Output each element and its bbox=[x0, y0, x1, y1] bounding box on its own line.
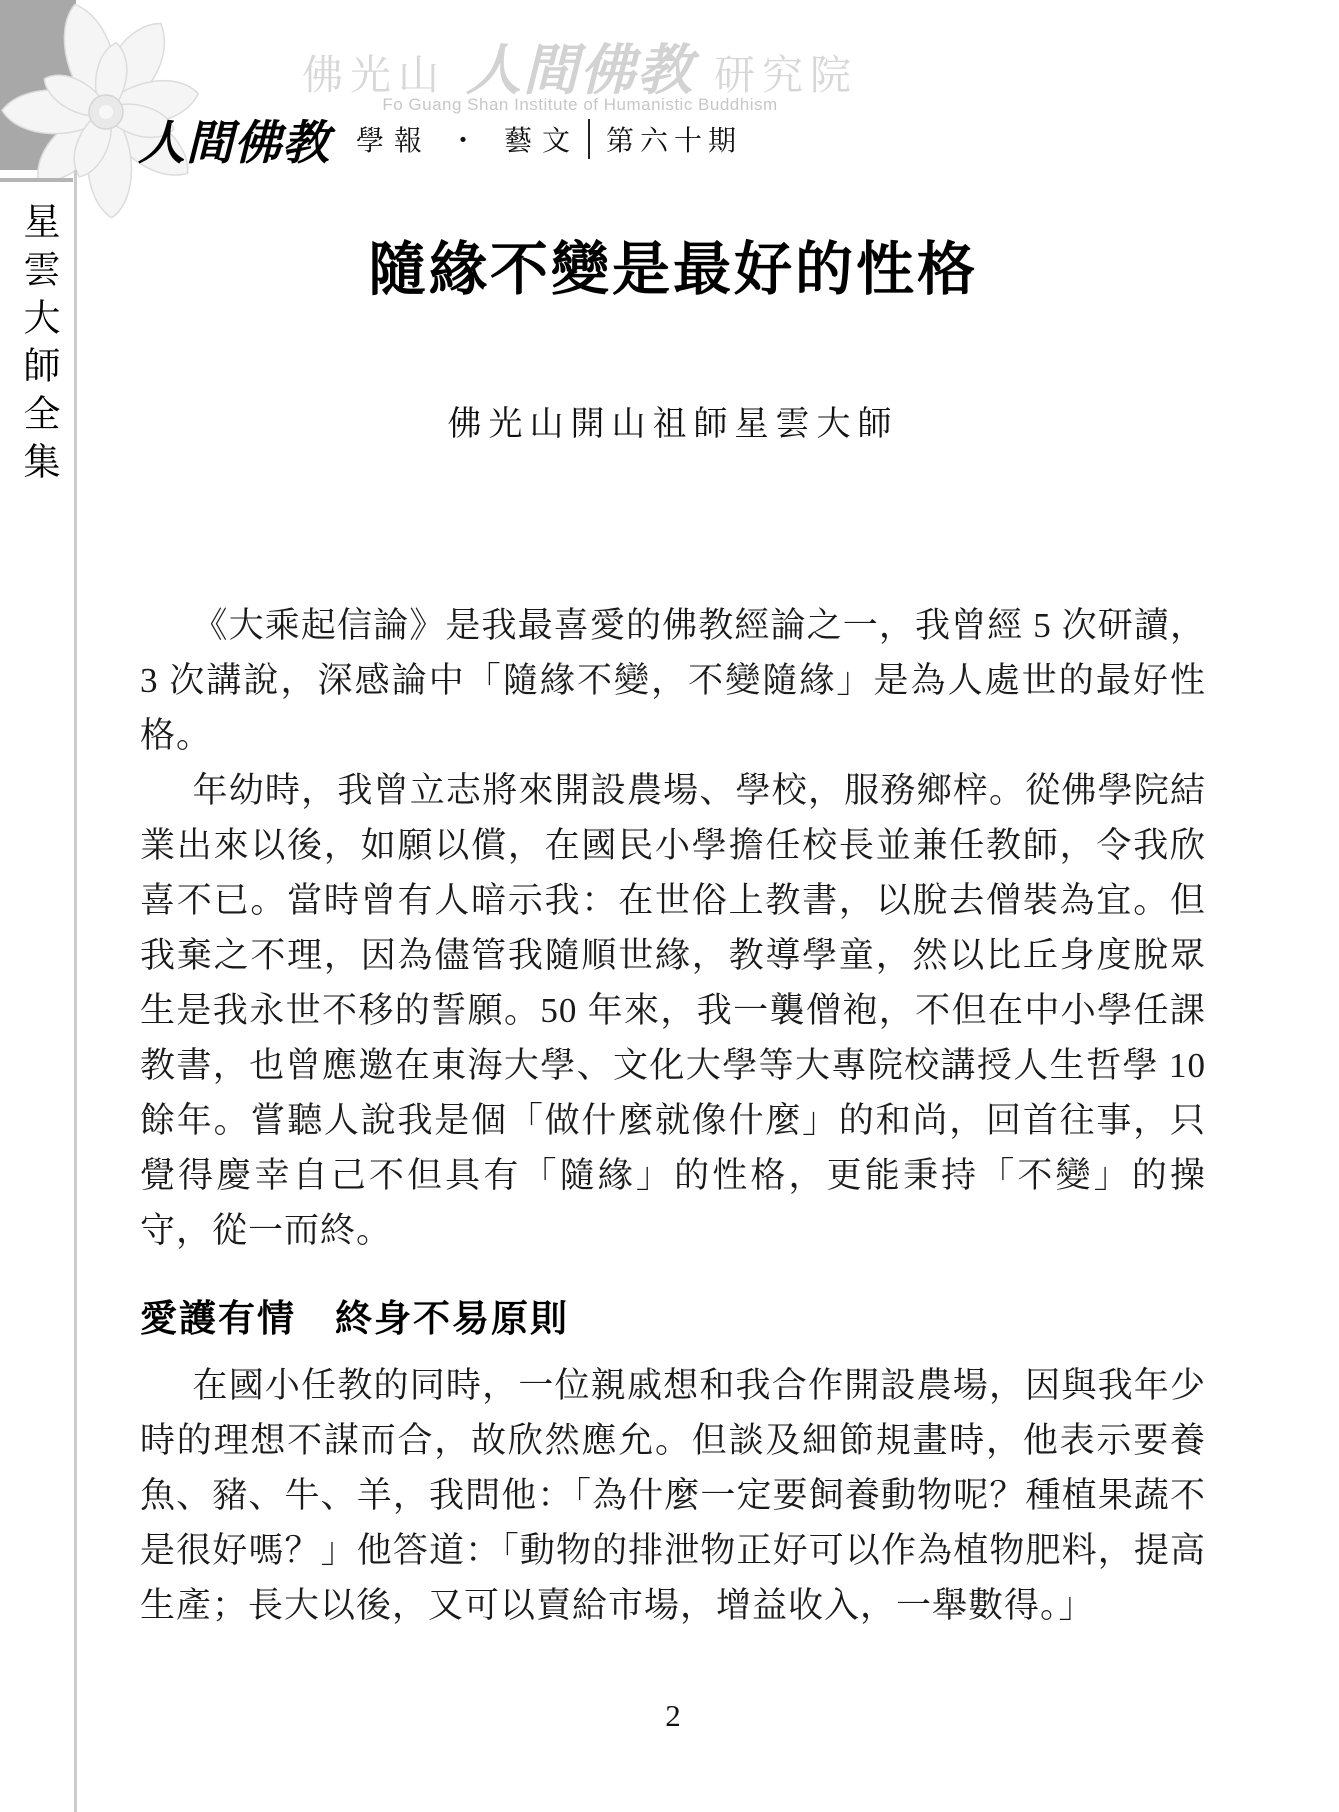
sidebar-vertical-rule bbox=[74, 170, 77, 1812]
page-number: 2 bbox=[140, 1698, 1206, 1734]
logo-foguangshan: 佛光山 bbox=[302, 42, 446, 101]
sidebar-horizontal-rule bbox=[0, 178, 73, 182]
journal-title-script: 人間佛教 bbox=[138, 106, 330, 173]
section-heading: 愛護有情 終身不易原則 bbox=[140, 1288, 1206, 1342]
article-paragraph-2: 年幼時，我曾立志將來開設農場、學校，服務鄉梓。從佛學院結業出來以後，如願以償，在… bbox=[140, 763, 1206, 1258]
journal-banner: 人間佛教 學報 ・ 藝文 第六十期 bbox=[138, 110, 742, 168]
logo-humanistic-buddhism-script: 人間佛教 bbox=[466, 26, 694, 105]
document-page: 星雲大師全集 佛光山 人間佛教 研究院 Fo Guang Shan Instit… bbox=[0, 0, 1339, 1812]
section-body: 在國小任教的同時，一位親戚想和我合作開設農場，因與我年少時的理想不謀而合，故欣然… bbox=[140, 1358, 1206, 1633]
collection-title-vertical: 星雲大師全集 bbox=[19, 202, 56, 490]
article-paragraph-1: 《大乘起信論》是我最喜愛的佛教經論之一，我曾經 5 次研讀，3 次講說，深感論中… bbox=[140, 598, 1206, 763]
article-title: 隨緣不變是最好的性格 bbox=[140, 222, 1206, 306]
article-body: 《大乘起信論》是我最喜愛的佛教經論之一，我曾經 5 次研讀，3 次講說，深感論中… bbox=[140, 598, 1206, 1258]
journal-issue-label: 第六十期 bbox=[606, 119, 742, 159]
journal-divider bbox=[588, 119, 590, 159]
section-paragraph-1: 在國小任教的同時，一位親戚想和我合作開設農場，因與我年少時的理想不謀而合，故欣然… bbox=[140, 1358, 1206, 1633]
article-author: 佛光山開山祖師星雲大師 bbox=[140, 396, 1206, 445]
journal-section-label: 學報 ・ 藝文 bbox=[356, 119, 580, 159]
institute-logo: 佛光山 人間佛教 研究院 bbox=[140, 26, 1020, 105]
logo-institute: 研究院 bbox=[714, 42, 858, 101]
